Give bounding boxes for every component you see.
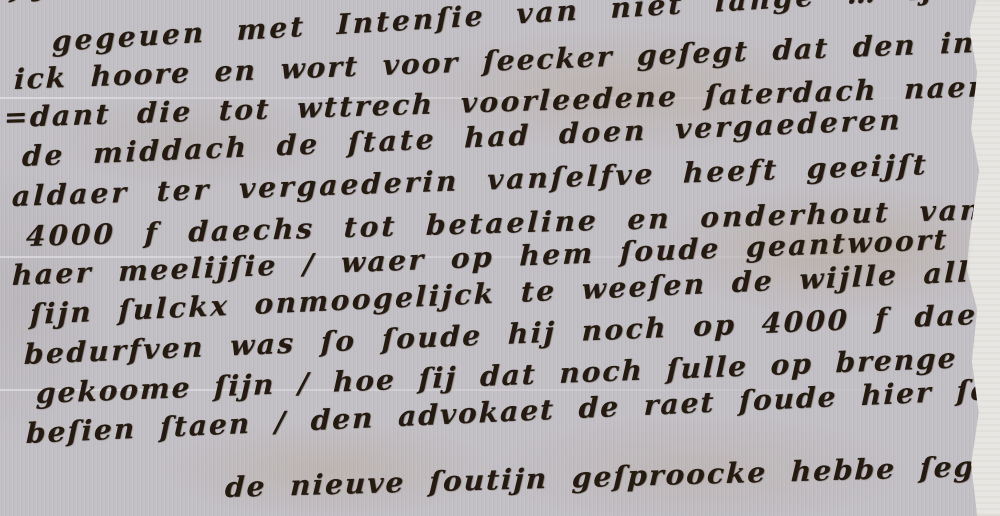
manuscript-line: ſijn bbox=[10, 0, 69, 6]
manuscript-line: de nieuve ſoutijn geſproocke hebbe ſegge… bbox=[224, 447, 1000, 506]
manuscript-page: ſijn gegeuen met Intenſie van niet lange… bbox=[0, 0, 1000, 516]
